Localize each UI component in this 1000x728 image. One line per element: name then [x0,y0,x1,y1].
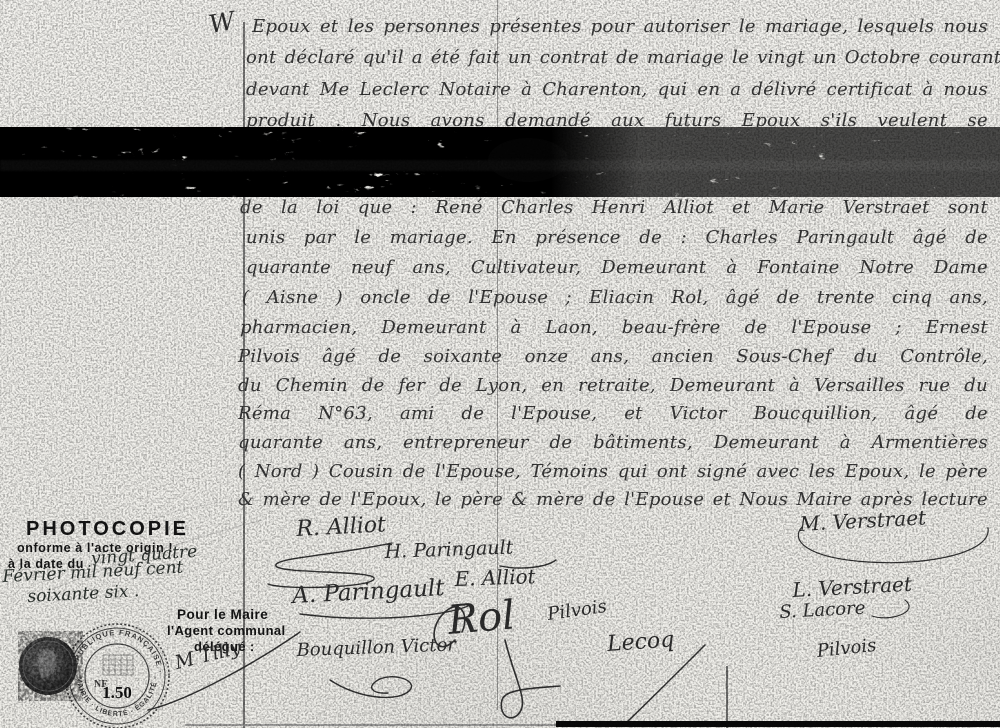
signature-epouse: M. Verstraet [799,505,927,536]
maire-stamp-line1: Pour le Maire [177,607,268,622]
manuscript-line: quarante neuf ans, Cultivateur, Demeuran… [246,257,988,278]
manuscript-line: Pilvois âgé de soixante onze ans, ancien… [238,346,988,367]
photocopy-stamp-title: PHOTOCOPIE [26,518,189,541]
signature-s-lacore: S. Lacore [779,598,866,623]
svg-text:MAIRIE · LIBERTÉ - ÉGALITÉ - F: MAIRIE · LIBERTÉ - ÉGALITÉ - FRATERNITÉ [18,595,159,718]
signature-a-paringault: A. Paringault [292,575,446,609]
flourish-bouquillon-loop [330,677,411,698]
manuscript-line: du Chemin de fer de Lyon, en retraite, D… [238,375,988,396]
crease-line-2 [150,500,248,520]
svg-text:RÉPUBLIQUE FRANÇAISE · SAINT-D: RÉPUBLIQUE FRANÇAISE · SAINT-DENIS [18,595,165,677]
flourish-l-verstraet [872,600,909,618]
bottom-scan-bar-thin [185,724,556,726]
manuscript-line: Epoux et les personnes présentes pour au… [252,16,988,37]
signature-maire: Lecoq [606,627,675,657]
seal-crest [103,655,133,675]
flourish-a-paringault-underline [300,606,468,618]
manuscript-line: devant Me Leclerc Notaire à Charenton, q… [246,79,988,100]
bottom-scan-bar-thick [556,721,1000,727]
revenue-coin-stamp [19,637,77,695]
signature-rol: Rol [446,592,517,644]
signature-epoux: R. Alliot [296,512,387,542]
scan-artifact-fade [0,127,1000,197]
manuscript-line: ont déclaré qu'il a été fait un contrat … [246,47,988,68]
signature-pilvois-2: Pilvois [816,635,877,662]
signature-pilvois-1: Pilvois [546,596,608,625]
manuscript-line: de la loi que : René Charles Henri Allio… [240,197,988,218]
seal-nf-label: NF [94,679,107,690]
maire-stamp-line2: l'Agent communal [167,623,286,638]
manuscript-line: Réma N°63, ami de l'Epouse, et Victor Bo… [238,403,988,424]
manuscript-line: & mère de l'Epoux, le père & mère de l'E… [238,489,988,510]
manuscript-line: unis par le mariage. En présence de : Ch… [246,227,988,248]
manuscript-line: quarante ans, entrepreneur de bâtiments,… [238,432,988,453]
crease-line-3 [3,617,35,706]
photocopy-date-handwritten-3: soixante six . [27,581,140,607]
opening-paraph: W [207,6,237,39]
flourish-maire-diagonal [627,645,705,722]
manuscript-line: pharmacien, Demeurant à Laon, beau-frère… [240,317,988,338]
signature-h-paringault: H. Paringault [384,537,513,563]
signature-e-alliot: E. Alliot [454,564,536,591]
manuscript-line: ( Aisne ) oncle de l'Epouse ; Eliacin Ro… [242,287,988,308]
seal-ring-top-text: RÉPUBLIQUE FRANÇAISE · SAINT-DENIS [18,595,165,677]
marianne-profile [38,650,56,679]
seal-value: 1.50 [102,683,132,702]
manuscript-line: ( Nord ) Cousin de l'Epouse, Témoins qui… [238,461,988,482]
mairie-round-stamp [65,624,169,728]
scanned-marriage-act-document: W Epoux et les personnes présentes pour … [0,0,1000,728]
flourish-rol-descender [501,640,560,718]
seal-ring-bottom-text: MAIRIE · LIBERTÉ - ÉGALITÉ - FRATERNITÉ [18,595,159,718]
right-edge-rule [726,666,728,728]
signature-bouquillon: Bouquillon Victor [296,634,456,661]
